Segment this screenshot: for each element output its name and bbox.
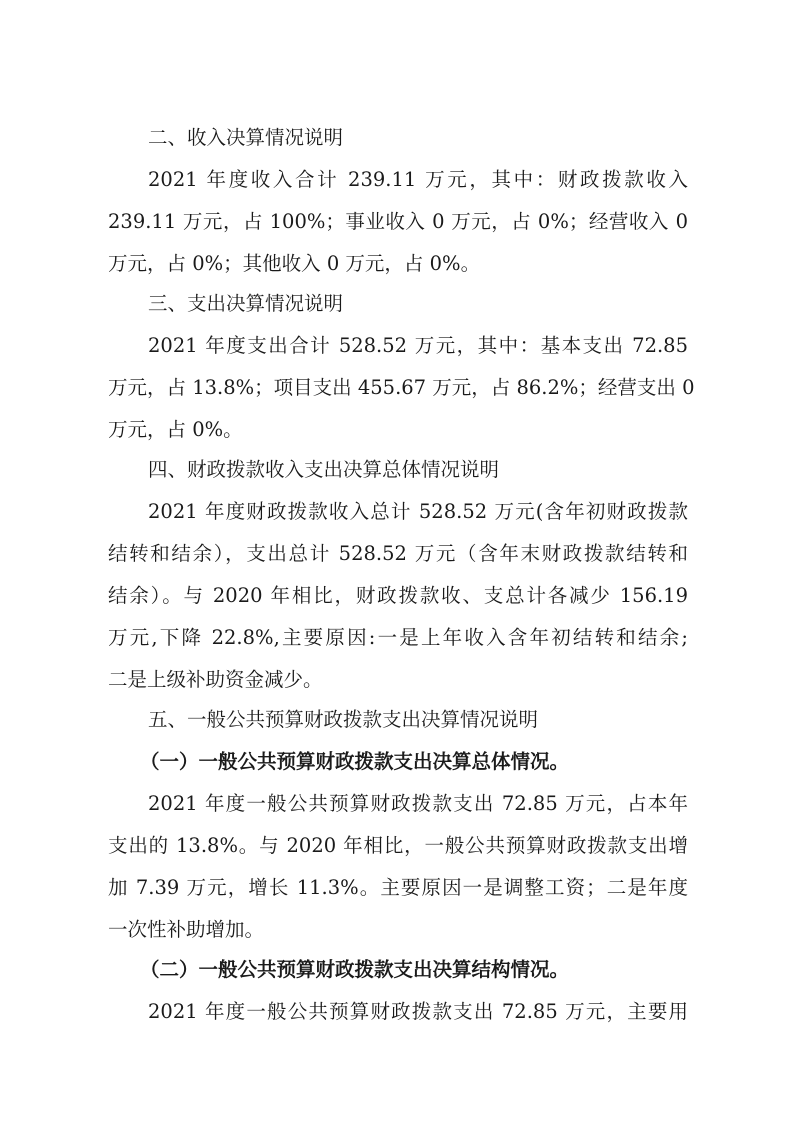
paragraph-line: 结余）。与 2020 年相比，财政拨款收、支总计各减少 156.19	[108, 583, 688, 609]
section-heading-expenditure: 三、支出决算情况说明	[148, 291, 728, 317]
paragraph-line: 二是上级补助资金减少。	[108, 667, 688, 693]
paragraph-line: 2021 年度一般公共预算财政拨款支出 72.85 万元，主要用	[148, 999, 688, 1025]
paragraph-line: 万元，占 13.8%；项目支出 455.67 万元，占 86.2%；经营支出 0	[108, 375, 688, 401]
paragraph-line: 加 7.39 万元，增长 11.3%。主要原因一是调整工资；二是年度	[108, 875, 688, 901]
section-heading-fiscal-overview: 四、财政拨款收入支出决算总体情况说明	[148, 457, 728, 483]
subsection-heading-overview: （一）一般公共预算财政拨款支出决算总体情况。	[140, 749, 720, 775]
paragraph-line: 239.11 万元，占 100%；事业收入 0 万元，占 0%；经营收入 0	[108, 209, 688, 235]
paragraph-line: 结转和结余），支出总计 528.52 万元（含年末财政拨款结转和	[108, 541, 688, 567]
paragraph-line: 支出的 13.8%。与 2020 年相比，一般公共预算财政拨款支出增	[108, 833, 688, 859]
paragraph-line: 万元,下降 22.8%,主要原因:一是上年收入含年初结转和结余;	[108, 625, 688, 651]
paragraph-line: 万元，占 0%；其他收入 0 万元，占 0%。	[108, 251, 688, 277]
paragraph-line: 2021 年度一般公共预算财政拨款支出 72.85 万元，占本年	[148, 791, 688, 817]
paragraph-line: 一次性补助增加。	[108, 917, 688, 943]
paragraph-line: 2021 年度支出合计 528.52 万元，其中：基本支出 72.85	[148, 333, 688, 359]
section-heading-general-budget: 五、一般公共预算财政拨款支出决算情况说明	[148, 707, 728, 733]
paragraph-line: 万元，占 0%。	[108, 417, 688, 443]
paragraph-line: 2021 年度收入合计 239.11 万元，其中：财政拨款收入	[148, 167, 688, 193]
paragraph-line: 2021 年度财政拨款收入总计 528.52 万元(含年初财政拨款	[148, 499, 688, 525]
subsection-heading-structure: （二）一般公共预算财政拨款支出决算结构情况。	[140, 957, 720, 983]
section-heading-income: 二、收入决算情况说明	[148, 125, 728, 151]
